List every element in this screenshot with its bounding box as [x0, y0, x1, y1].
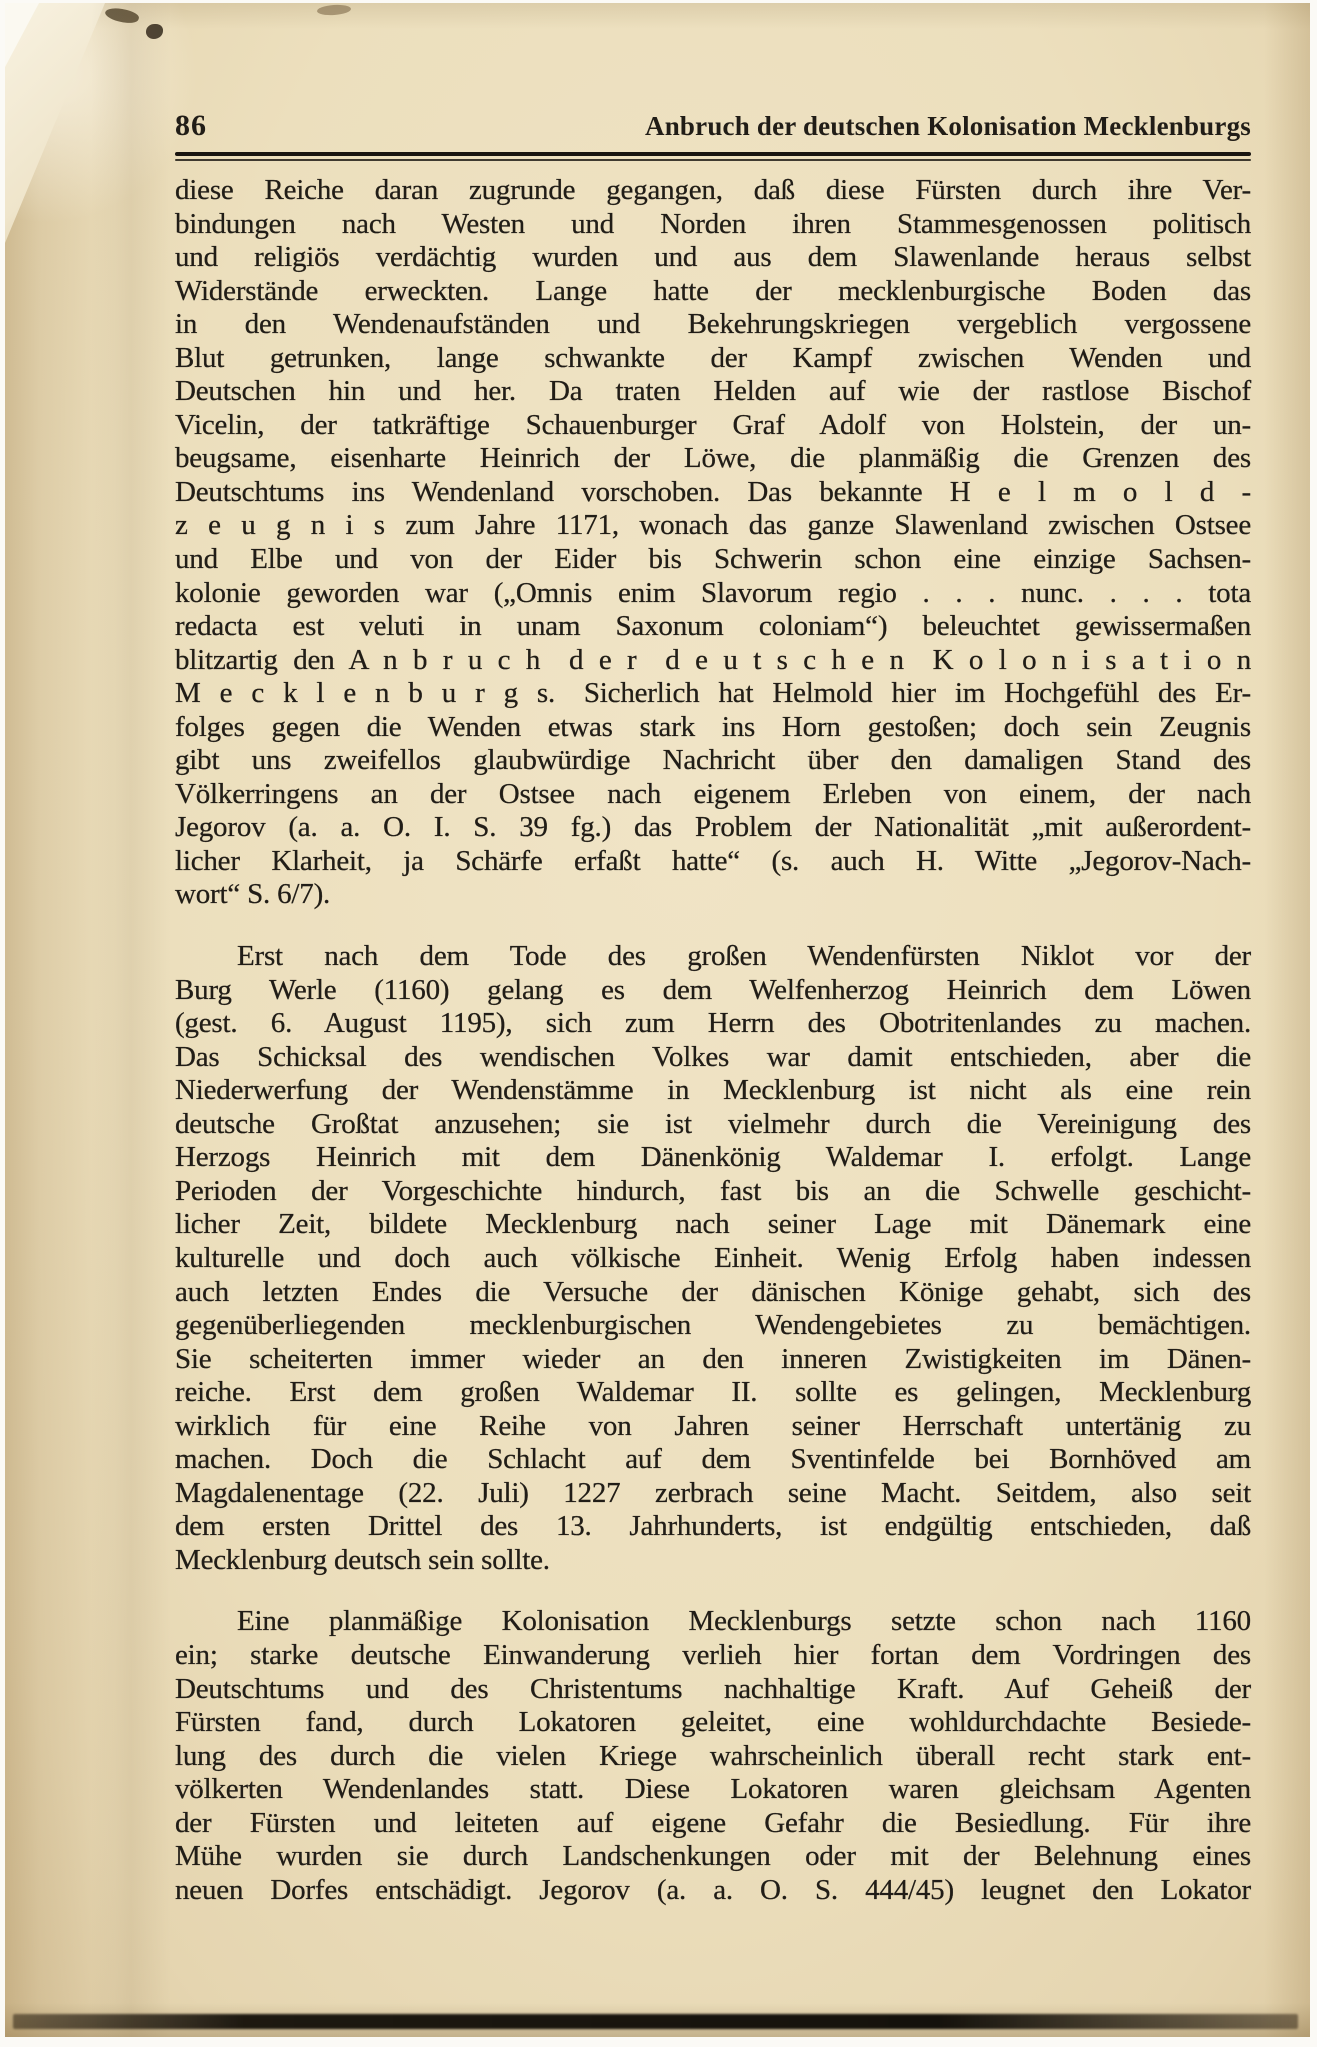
text-line: der Fürsten und leiteten auf eigene Gefa… — [175, 1807, 1251, 1841]
text-line: redacta est veluti in unam Saxonum colon… — [175, 610, 1251, 644]
text-line: machen. Doch die Schlacht auf dem Sventi… — [175, 1443, 1251, 1477]
text-line: Eine planmäßige Kolonisation Mecklenburg… — [175, 1605, 1251, 1639]
bottom-edge-shadow — [13, 2014, 1298, 2029]
text-line: M e c k l e n b u r g s. Sicherlich hat … — [175, 677, 1251, 711]
text-line: Burg Werle (1160) gelang es dem Welfenhe… — [175, 974, 1251, 1008]
ink-stain — [104, 5, 140, 26]
text-line: folges gegen die Wenden etwas stark ins … — [175, 711, 1251, 745]
text-line: und Elbe und von der Eider bis Schwerin … — [175, 543, 1251, 577]
text-line: Deutschen hin und her. Da traten Helden … — [175, 375, 1251, 409]
text-line: kulturelle und doch auch völkische Einhe… — [175, 1242, 1251, 1276]
text-line: Erst nach dem Tode des großen Wendenfürs… — [175, 940, 1251, 974]
text-line: Perioden der Vorgeschichte hindurch, fas… — [175, 1175, 1251, 1209]
running-header-row: 86 Anbruch der deutschen Kolonisation Me… — [175, 109, 1251, 143]
text-line: Vicelin, der tatkräftige Schauenburger G… — [175, 409, 1251, 443]
text-line: Völkerringens an der Ostsee nach eigenem… — [175, 778, 1251, 812]
text-line: Niederwerfung der Wendenstämme in Meckle… — [175, 1074, 1251, 1108]
text-line: wirklich für eine Reihe von Jahren seine… — [175, 1410, 1251, 1444]
text-line: lung des durch die vielen Kriege wahrsch… — [175, 1740, 1251, 1774]
text-line: neuen Dorfes entschädigt. Jegorov (a. a.… — [175, 1874, 1251, 1908]
divider-rule-thick — [175, 152, 1251, 156]
text-line: Deutschtums und des Christentums nachhal… — [175, 1673, 1251, 1707]
text-line: Sie scheiterten immer wieder an den inne… — [175, 1343, 1251, 1377]
running-header-title: Anbruch der deutschen Kolonisation Meckl… — [645, 111, 1251, 142]
text-line: Widerstände erweckten. Lange hatte der m… — [175, 275, 1251, 309]
text-line: Mühe wurden sie durch Landschenkungen od… — [175, 1840, 1251, 1874]
scanned-book-page: 86 Anbruch der deutschen Kolonisation Me… — [0, 0, 1317, 2047]
text-line: gegenüberliegenden mecklenburgischen Wen… — [175, 1309, 1251, 1343]
text-line: (gest. 6. August 1195), sich zum Herrn d… — [175, 1007, 1251, 1041]
paper-background: 86 Anbruch der deutschen Kolonisation Me… — [5, 3, 1310, 2037]
page-content: 86 Anbruch der deutschen Kolonisation Me… — [175, 109, 1251, 1907]
paragraph: Eine planmäßige Kolonisation Mecklenburg… — [175, 1605, 1251, 1907]
text-line: Mecklenburg deutsch sein sollte. — [175, 1544, 1251, 1578]
text-line: Fürsten fand, durch Lokatoren geleitet, … — [175, 1706, 1251, 1740]
text-line: Herzogs Heinrich mit dem Dänenkönig Wald… — [175, 1141, 1251, 1175]
text-block: diese Reiche daran zugrunde gegangen, da… — [175, 174, 1251, 1907]
text-line: Deutschtums ins Wendenland vorschoben. D… — [175, 476, 1251, 510]
paragraph: Erst nach dem Tode des großen Wendenfürs… — [175, 940, 1251, 1577]
text-line: beugsame, eisenharte Heinrich der Löwe, … — [175, 442, 1251, 476]
text-line: licher Zeit, bildete Mecklenburg nach se… — [175, 1208, 1251, 1242]
ink-stain — [146, 24, 163, 39]
text-line: auch letzten Endes die Versuche der däni… — [175, 1276, 1251, 1310]
header-divider — [175, 152, 1251, 161]
ink-stain — [317, 4, 352, 16]
text-line: in den Wendenaufständen und Bekehrungskr… — [175, 308, 1251, 342]
page-number: 86 — [175, 109, 207, 143]
text-line: Magdalenentage (22. Juli) 1227 zerbrach … — [175, 1477, 1251, 1511]
text-line: blitzartig den A n b r u c h d e r d e u… — [175, 644, 1251, 678]
text-line: völkerten Wendenlandes statt. Diese Loka… — [175, 1773, 1251, 1807]
text-line: ein; starke deutsche Einwanderung verlie… — [175, 1639, 1251, 1673]
text-line: gibt uns zweifellos glaubwürdige Nachric… — [175, 744, 1251, 778]
torn-corner — [5, 3, 125, 243]
text-line: Blut getrunken, lange schwankte der Kamp… — [175, 342, 1251, 376]
text-line: dem ersten Drittel des 13. Jahrhunderts,… — [175, 1510, 1251, 1544]
divider-rule-thin — [175, 159, 1251, 161]
text-line: bindungen nach Westen und Norden ihren S… — [175, 208, 1251, 242]
text-line: reiche. Erst dem großen Waldemar II. sol… — [175, 1376, 1251, 1410]
text-line: diese Reiche daran zugrunde gegangen, da… — [175, 174, 1251, 208]
text-line: Jegorov (a. a. O. I. S. 39 fg.) das Prob… — [175, 811, 1251, 845]
text-line: z e u g n i s zum Jahre 1171, wonach das… — [175, 509, 1251, 543]
text-line: Das Schicksal des wendischen Volkes war … — [175, 1041, 1251, 1075]
paragraph: diese Reiche daran zugrunde gegangen, da… — [175, 174, 1251, 912]
text-line: wort“ S. 6/7). — [175, 878, 1251, 912]
text-line: und religiös verdächtig wurden und aus d… — [175, 241, 1251, 275]
text-line: kolonie geworden war („Omnis enim Slavor… — [175, 577, 1251, 611]
gutter-shadow — [91, 3, 171, 2037]
text-line: deutsche Großtat anzusehen; sie ist viel… — [175, 1108, 1251, 1142]
text-line: licher Klarheit, ja Schärfe erfaßt hatte… — [175, 845, 1251, 879]
